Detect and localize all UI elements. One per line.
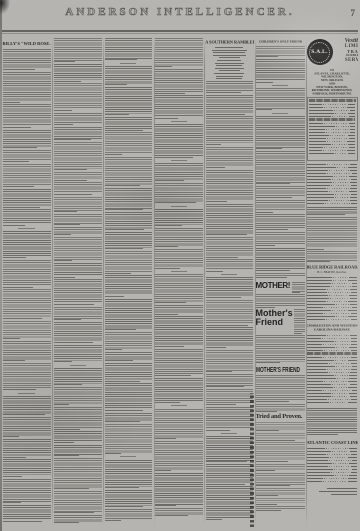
signature-line [331, 494, 357, 495]
vestibuled-ad-text: Vestibuled LIMITED TRAINS DOUBLE DAILY S… [335, 38, 358, 63]
illegible-verse-text [206, 47, 254, 81]
newspaper-column-2 [54, 38, 103, 526]
illegible-ad-text [292, 282, 305, 294]
ad-headline-mothers-friend: Mother's Friend [256, 309, 293, 326]
timetable-rows [307, 163, 357, 205]
timetable-rows [307, 276, 357, 322]
newspaper-column-3 [104, 38, 153, 526]
illegible-ad-text [256, 375, 305, 413]
article-headline-rambler: A SOUTHERN RAMBLER. [205, 40, 254, 47]
mothers-friend-ad-script: Mother's Friend [256, 309, 306, 335]
timetable [307, 97, 358, 161]
timetable-rows [307, 334, 357, 406]
newspaper-column-6: CHILDREN'S ONLY FRIEND MOTHER! Mother's … [256, 38, 306, 526]
timetable-rows [309, 103, 355, 156]
atlantic-coast-line-heading: ATLANTIC COAST LINE. [307, 440, 358, 446]
illegible-schedule-notes [307, 207, 357, 263]
vertical-ad-text [250, 393, 254, 527]
timetable-header [309, 99, 356, 102]
agent-signature-lines [307, 488, 358, 495]
illegible-schedule-notes [307, 408, 357, 438]
masthead-title: ANDERSON INTELLIGENCER. [0, 6, 360, 18]
illegible-article-text [155, 38, 203, 526]
illegible-ad-text [256, 422, 305, 526]
illegible-ad-text [256, 335, 305, 367]
blue-ridge-receiver: H. C. BEATTIE, Receiver. [307, 271, 358, 275]
newspaper-page: ANDERSON INTELLIGENCER. 7 BILLY'S "WILD … [0, 0, 360, 531]
signature-line [327, 488, 357, 489]
ad-headline-mother: MOTHER! [256, 282, 291, 291]
ad-headline-mothers-friend-caps: MOTHER'S FRIEND [256, 367, 290, 375]
cwc-railway-heading: CHARLESTON AND WESTERN CAROLINA RAILWAY. [307, 324, 358, 333]
scan-edge-shadow [0, 0, 2, 531]
page-number: 7 [351, 8, 356, 18]
illegible-ad-text [256, 294, 305, 309]
illegible-article-text [3, 49, 51, 526]
seaboard-air-line-ad: S.A.L. Vestibuled LIMITED TRAINS DOUBLE … [307, 38, 358, 69]
header-rule [2, 30, 358, 32]
railway-seal-icon: S.A.L. [307, 39, 333, 65]
seal-monogram: S.A.L. [307, 39, 333, 65]
illegible-article-text [206, 81, 254, 526]
article-headline-wild-rose: BILLY'S "WILD ROSE." [2, 41, 51, 49]
ad-headline-tried-proven: Tried and Proven. [256, 413, 306, 422]
timetable-rows [307, 447, 357, 485]
signature-line [319, 491, 357, 492]
illegible-article-text [54, 38, 102, 526]
illegible-article-text [105, 38, 153, 526]
newspaper-column-7: S.A.L. Vestibuled LIMITED TRAINS DOUBLE … [307, 38, 358, 526]
illegible-article-text [256, 46, 305, 282]
illegible-ad-text [294, 309, 304, 335]
newspaper-column-5: A SOUTHERN RAMBLER. [205, 38, 254, 526]
newspaper-column-1: BILLY'S "WILD ROSE." [2, 38, 51, 526]
ad-destinations: TO ATLANTA, CHARLOTTE, WILMINGTON, NEW O… [307, 69, 358, 95]
newspaper-column-4 [155, 38, 204, 526]
header-rule-thin [2, 33, 358, 34]
mothers-friend-ad: MOTHER! [256, 282, 306, 294]
